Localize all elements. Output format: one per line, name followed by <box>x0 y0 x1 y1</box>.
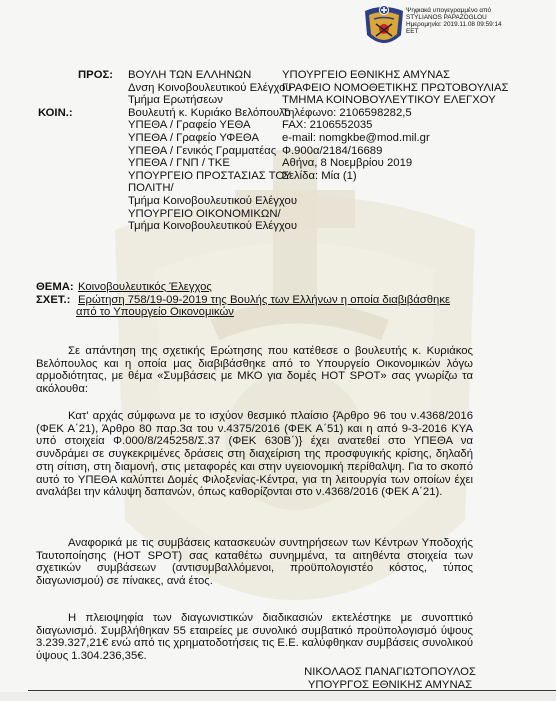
body-paragraph: Κατ' αρχάς σύμφωνα με το ισχύον θεσμικό … <box>36 410 473 499</box>
military-seal-icon <box>362 3 406 51</box>
cc-line: Βουλευτή κ. Κυριάκο Βελόπουλο <box>128 107 291 120</box>
cc-line: ΥΠΕΘΑ / Γραφείο ΥΕΘΑ <box>128 119 251 132</box>
subject-label: ΘΕΜΑ: <box>36 281 74 294</box>
page-bottom-rule <box>28 690 556 691</box>
sender-email: e-mail: nomgkbe@mod.mil.gr <box>282 132 509 145</box>
cc-line: Τμήμα Κοινοβουλευτικού Ελέγχου <box>128 220 297 233</box>
signature-timezone: EET <box>406 28 502 35</box>
reference-value-cont: από το Υπουργείο Οικονομικών <box>76 306 234 319</box>
signature-line-1: Ψηφιακά υπογεγραμμένο από <box>406 7 502 14</box>
reference-label: ΣΧΕΤ.: <box>36 294 70 307</box>
to-line: Δνση Κοινοβουλευτικού Ελέγχου <box>128 82 292 95</box>
cc-line: Τμήμα Κοινοβουλευτικού Ελέγχου <box>128 195 297 208</box>
cc-line: ΥΠΟΥΡΓΕΙΟ ΠΡΟΣΤΑΣΙΑΣ ΤΟΥ <box>128 170 291 183</box>
document-page: Ψηφιακά υπογεγραμμένο από STYLIANOS PAPA… <box>0 0 556 701</box>
cc-line: ΥΠΕΘΑ / ΓΝΠ / ΤΚΕ <box>128 157 230 170</box>
sender-ministry: ΥΠΟΥΡΓΕΙΟ ΕΘΝΙΚΗΣ ΑΜΥΝΑΣ <box>282 69 509 82</box>
cc-line: ΥΠΕΘΑ / Γραφείο ΥΦΕΘΑ <box>128 132 259 145</box>
signature-signer: STYLIANOS PAPAZOGLOU <box>406 14 502 21</box>
sender-phone: Τηλέφωνο: 2106598282,5 <box>282 107 509 120</box>
cc-line: ΥΠΕΘΑ / Γενικός Γραμματέας <box>128 145 276 158</box>
cc-line: ΥΠΟΥΡΓΕΙΟ ΟΙΚΟΝΟΜΙΚΩΝ/ <box>128 208 281 221</box>
body-paragraph: Η πλειοψηφία των διαγωνιστικών διαδικασι… <box>36 612 473 663</box>
sender-fax: FAX: 2106552035 <box>282 119 509 132</box>
body-paragraph: Αναφορικά με τις συμβάσεις κατασκευών συ… <box>36 537 473 588</box>
subject-value: Κοινοβουλευτικός Έλεγχος <box>78 281 212 294</box>
page-bottom-edge <box>0 692 556 701</box>
body-paragraph: Σε απάντηση της σχετικής Ερώτησης που κα… <box>36 345 473 396</box>
document-date: Αθήνα, 8 Νοεμβρίου 2019 <box>282 157 509 170</box>
to-line: ΒΟΥΛΗ ΤΩΝ ΕΛΛΗΝΩΝ <box>128 69 251 82</box>
sender-department: ΤΜΗΜΑ ΚΟΙΝΟΒΟΥΛΕΥΤΙΚΟΥ ΕΛΕΓΧΟΥ <box>282 94 509 107</box>
cc-label: ΚΟΙΝ.: <box>38 107 88 120</box>
sender-block: ΥΠΟΥΡΓΕΙΟ ΕΘΝΙΚΗΣ ΑΜΥΝΑΣ ΓΡΑΦΕΙΟ ΝΟΜΟΘΕΤ… <box>282 69 509 182</box>
signer-name: ΝΙΚΟΛΑΟΣ ΠΑΝΑΓΙΩΤΟΠΟΥΛΟΣ <box>300 666 480 679</box>
signature-date: Ημερομηνία: 2019.11.08 09:59:14 <box>406 21 502 28</box>
sender-office: ΓΡΑΦΕΙΟ ΝΟΜΟΘΕΤΙΚΗΣ ΠΡΩΤΟΒΟΥΛΙΑΣ <box>282 82 509 95</box>
reference-value: Ερώτηση 758/19-09-2019 της Βουλής των Ελ… <box>78 294 450 307</box>
to-label: ΠΡΟΣ: <box>78 69 128 82</box>
signoff: ΝΙΚΟΛΑΟΣ ΠΑΝΑΓΙΩΤΟΠΟΥΛΟΣ ΥΠΟΥΡΓΟΣ ΕΘΝΙΚΗ… <box>300 666 480 691</box>
to-line: Τμήμα Ερωτήσεων <box>128 94 223 107</box>
cc-line: ΠΟΛΙΤΗ/ <box>128 182 174 195</box>
page-count: Σελίδα: Μία (1) <box>282 170 509 183</box>
protocol-number: Φ.900α/2184/16689 <box>282 145 509 158</box>
